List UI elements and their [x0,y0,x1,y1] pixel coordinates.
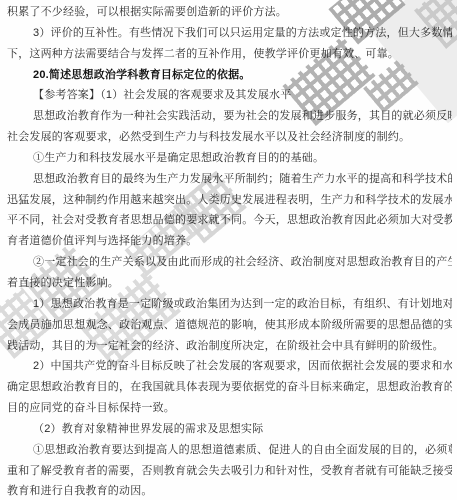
text-line: 践活动，其目的为一定社会的经济、政治制度所决定，在阶级社会中具有鲜明的阶级性。 [7,336,452,357]
document-page: 积累了不少经验，可以根据实际需要创造新的评价方法。 3）评价的互补性。有些情况下… [0,0,457,500]
answer-label-line: 【参考答案】（1）社会发展的客观要求及其发展水平 [7,85,452,106]
document-text: 积累了不少经验，可以根据实际需要创造新的评价方法。 3）评价的互补性。有些情况下… [7,2,452,500]
text-line: 3）评价的互补性。有些情况下我们可以只运用定量的方法或定性的方法，但大多数情况 [7,23,452,44]
text-line: 2）中国共产党的奋斗目标反映了社会发展的客观要求，因而依据社会发展的要求和水平 [7,356,452,377]
text-line: ①生产力和科技发展水平是确定思想政治教育目的的基础。 [7,148,452,169]
text-line: ②一定社会的生产关系以及由此而形成的社会经济、政治制度对思想政治教育目的产生 [7,252,452,273]
text-line: ①思想政治教育要达到提高人的思想道德素质、促进人的自由全面发展的目的，必须尊 [7,440,452,461]
text-line: 迅猛发展，这种制约作用越来越突出。人类历史发展进程表明，生产力和科学技术的发展水 [7,190,452,211]
text-line: 确定思想政治教育目的，在我国就具体表现为要依据党的奋斗目标来确定，思想政治教育的 [7,377,452,398]
text-line: 1）思想政治教育是一定阶级或政治集团为达到一定的政治目标，有组织、有计划地对社 [7,294,452,315]
text-line: 下，这两种方法需要结合与发挥二者的互补作用，使教学评价更加有效、可靠。 [7,44,452,65]
text-line: 平不同，社会对受教育者思想品德的要求就不同。今天，思想政治教育因此必须加大对受教 [7,210,452,231]
question-20-heading: 20.简述思想政治学科教育目标定位的依据。 [7,65,452,86]
text-line: 重和了解受教育者的需要，否则教育就会失去吸引力和针对性，受教育者就有可能缺乏接受 [7,461,452,482]
text-line: 教育和进行自我教育的动因。 [7,481,452,500]
text-line: 思想政治教育目的最终为生产力发展水平所制约；随着生产力水平的提高和科学技术的 [7,169,452,190]
text-line: 思想政治教育作为一种社会实践活动，要为社会的发展和进步服务，其目的就必须反映 [7,106,452,127]
text-line: 着直接的决定性影响。 [7,273,452,294]
text-line: 会成员施加思想观念、政治观点、道德规范的影响，使其形成本阶级所需要的思想品德的实 [7,315,452,336]
text-line: 社会发展的客观要求，必然受到生产力与科技发展水平以及社会经济制度的制约。 [7,127,452,148]
text-line: 积累了不少经验，可以根据实际需要创造新的评价方法。 [7,2,452,23]
text-line: （2）教育对象精神世界发展的需求及思想实际 [7,419,452,440]
text-line: 目的应同党的奋斗目标保持一致。 [7,398,452,419]
text-line: 育者道德价值评判与选择能力的培养。 [7,231,452,252]
